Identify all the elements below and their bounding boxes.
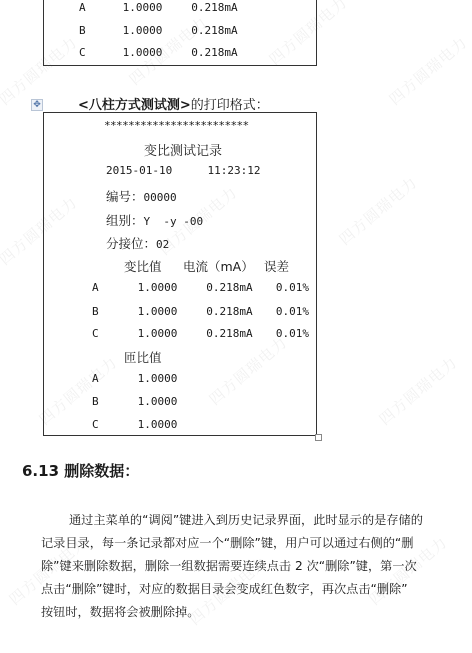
- paragraph-line: 记录目录，每一条记录都对应一个“删除”键，用户可以通过右侧的“删: [41, 532, 451, 555]
- table-row: B 1.0000 0.218mA 0.01%: [92, 305, 309, 318]
- phase-cell: A: [79, 1, 116, 14]
- ratio-cell: 1.0000: [138, 281, 200, 294]
- phase-cell: C: [79, 46, 116, 59]
- watermark: 四方圆瑞电力: [374, 352, 461, 430]
- turns-header: 匝比值: [124, 348, 162, 366]
- ratio-cell: 1.0000: [138, 327, 200, 340]
- table-row: A 1.0000 0.218mA: [79, 1, 238, 14]
- turns-row: A 1.0000: [92, 372, 177, 385]
- caption-test-mode: <八柱方式测试测>: [78, 98, 191, 113]
- number-line: 编号：00000: [106, 187, 177, 205]
- phase-cell: C: [92, 418, 131, 431]
- table-row: B 1.0000 0.218mA: [79, 24, 238, 37]
- tap-line: 分接位：02: [106, 234, 169, 252]
- tap-value: 02: [156, 238, 169, 251]
- group-label: 组别：: [106, 213, 144, 228]
- watermark: 四方圆瑞电力: [384, 32, 471, 110]
- time-value: 11:23:12: [207, 164, 260, 177]
- top-result-box: A 1.0000 0.218mA B 1.0000 0.218mA C 1.00…: [43, 0, 317, 66]
- turns-row: C 1.0000: [92, 418, 177, 431]
- phase-cell: B: [92, 305, 131, 318]
- phase-cell: B: [92, 395, 131, 408]
- header-error: 误差: [264, 259, 289, 274]
- group-value: Y -y -00: [144, 215, 204, 228]
- phase-cell: C: [92, 327, 131, 340]
- paragraph-line: 通过主菜单的“调阅”键进入到历史记录界面，此时显示的是存储的: [41, 509, 451, 532]
- print-format-box: ************************ 变比测试记录 2015-01-…: [43, 112, 317, 436]
- number-label: 编号：: [106, 189, 144, 204]
- ratio-cell: 1.0000: [123, 24, 185, 37]
- current-cell: 0.218mA: [191, 24, 237, 37]
- results-header: 变比值 电流（mA） 误差: [124, 257, 289, 275]
- table-row: C 1.0000 0.218mA 0.01%: [92, 327, 309, 340]
- phase-cell: B: [79, 24, 116, 37]
- current-cell: 0.218mA: [206, 305, 269, 318]
- group-line: 组别：Y -y -00: [106, 211, 203, 229]
- current-cell: 0.218mA: [191, 46, 237, 59]
- turns-value-cell: 1.0000: [138, 395, 178, 408]
- table-row: C 1.0000 0.218mA: [79, 46, 238, 59]
- number-value: 00000: [144, 191, 177, 204]
- turns-value-cell: 1.0000: [138, 372, 178, 385]
- print-format-caption: <八柱方式测试测>的打印格式：: [78, 94, 269, 113]
- ratio-cell: 1.0000: [123, 1, 185, 14]
- watermark: 四方圆瑞电力: [334, 172, 421, 250]
- stars-line: ************************: [104, 119, 249, 132]
- ratio-cell: 1.0000: [123, 46, 185, 59]
- paragraph-line: 除”键来删除数据，删除一组数据需要连续点击 2 次“删除”键，第一次: [41, 555, 451, 578]
- header-current: 电流（mA）: [183, 257, 260, 275]
- table-row: A 1.0000 0.218mA 0.01%: [92, 281, 309, 294]
- paragraph-line: 点击“删除”键时，对应的数据目录会变成红色数字，再次点击“删除”: [41, 578, 451, 601]
- phase-cell: A: [92, 372, 131, 385]
- error-cell: 0.01%: [276, 281, 309, 294]
- datetime-line: 2015-01-10 11:23:12: [106, 164, 260, 177]
- date-value: 2015-01-10: [106, 164, 172, 177]
- turns-row: B 1.0000: [92, 395, 177, 408]
- table-resize-handle[interactable]: [315, 434, 322, 441]
- current-cell: 0.218mA: [206, 327, 269, 340]
- current-cell: 0.218mA: [191, 1, 237, 14]
- section-heading: 6.13 删除数据：: [22, 460, 139, 481]
- error-cell: 0.01%: [276, 305, 309, 318]
- header-ratio: 变比值: [124, 257, 179, 275]
- turns-value-cell: 1.0000: [138, 418, 178, 431]
- paragraph-line: 按钮时，数据将会被删除掉。: [41, 601, 451, 624]
- phase-cell: A: [92, 281, 131, 294]
- caption-suffix: 的打印格式：: [191, 98, 269, 113]
- ratio-cell: 1.0000: [138, 305, 200, 318]
- error-cell: 0.01%: [276, 327, 309, 340]
- tap-label: 分接位：: [106, 236, 156, 251]
- current-cell: 0.218mA: [206, 281, 269, 294]
- table-move-handle-icon[interactable]: ✥: [31, 99, 43, 111]
- record-title: 变比测试记录: [144, 140, 222, 159]
